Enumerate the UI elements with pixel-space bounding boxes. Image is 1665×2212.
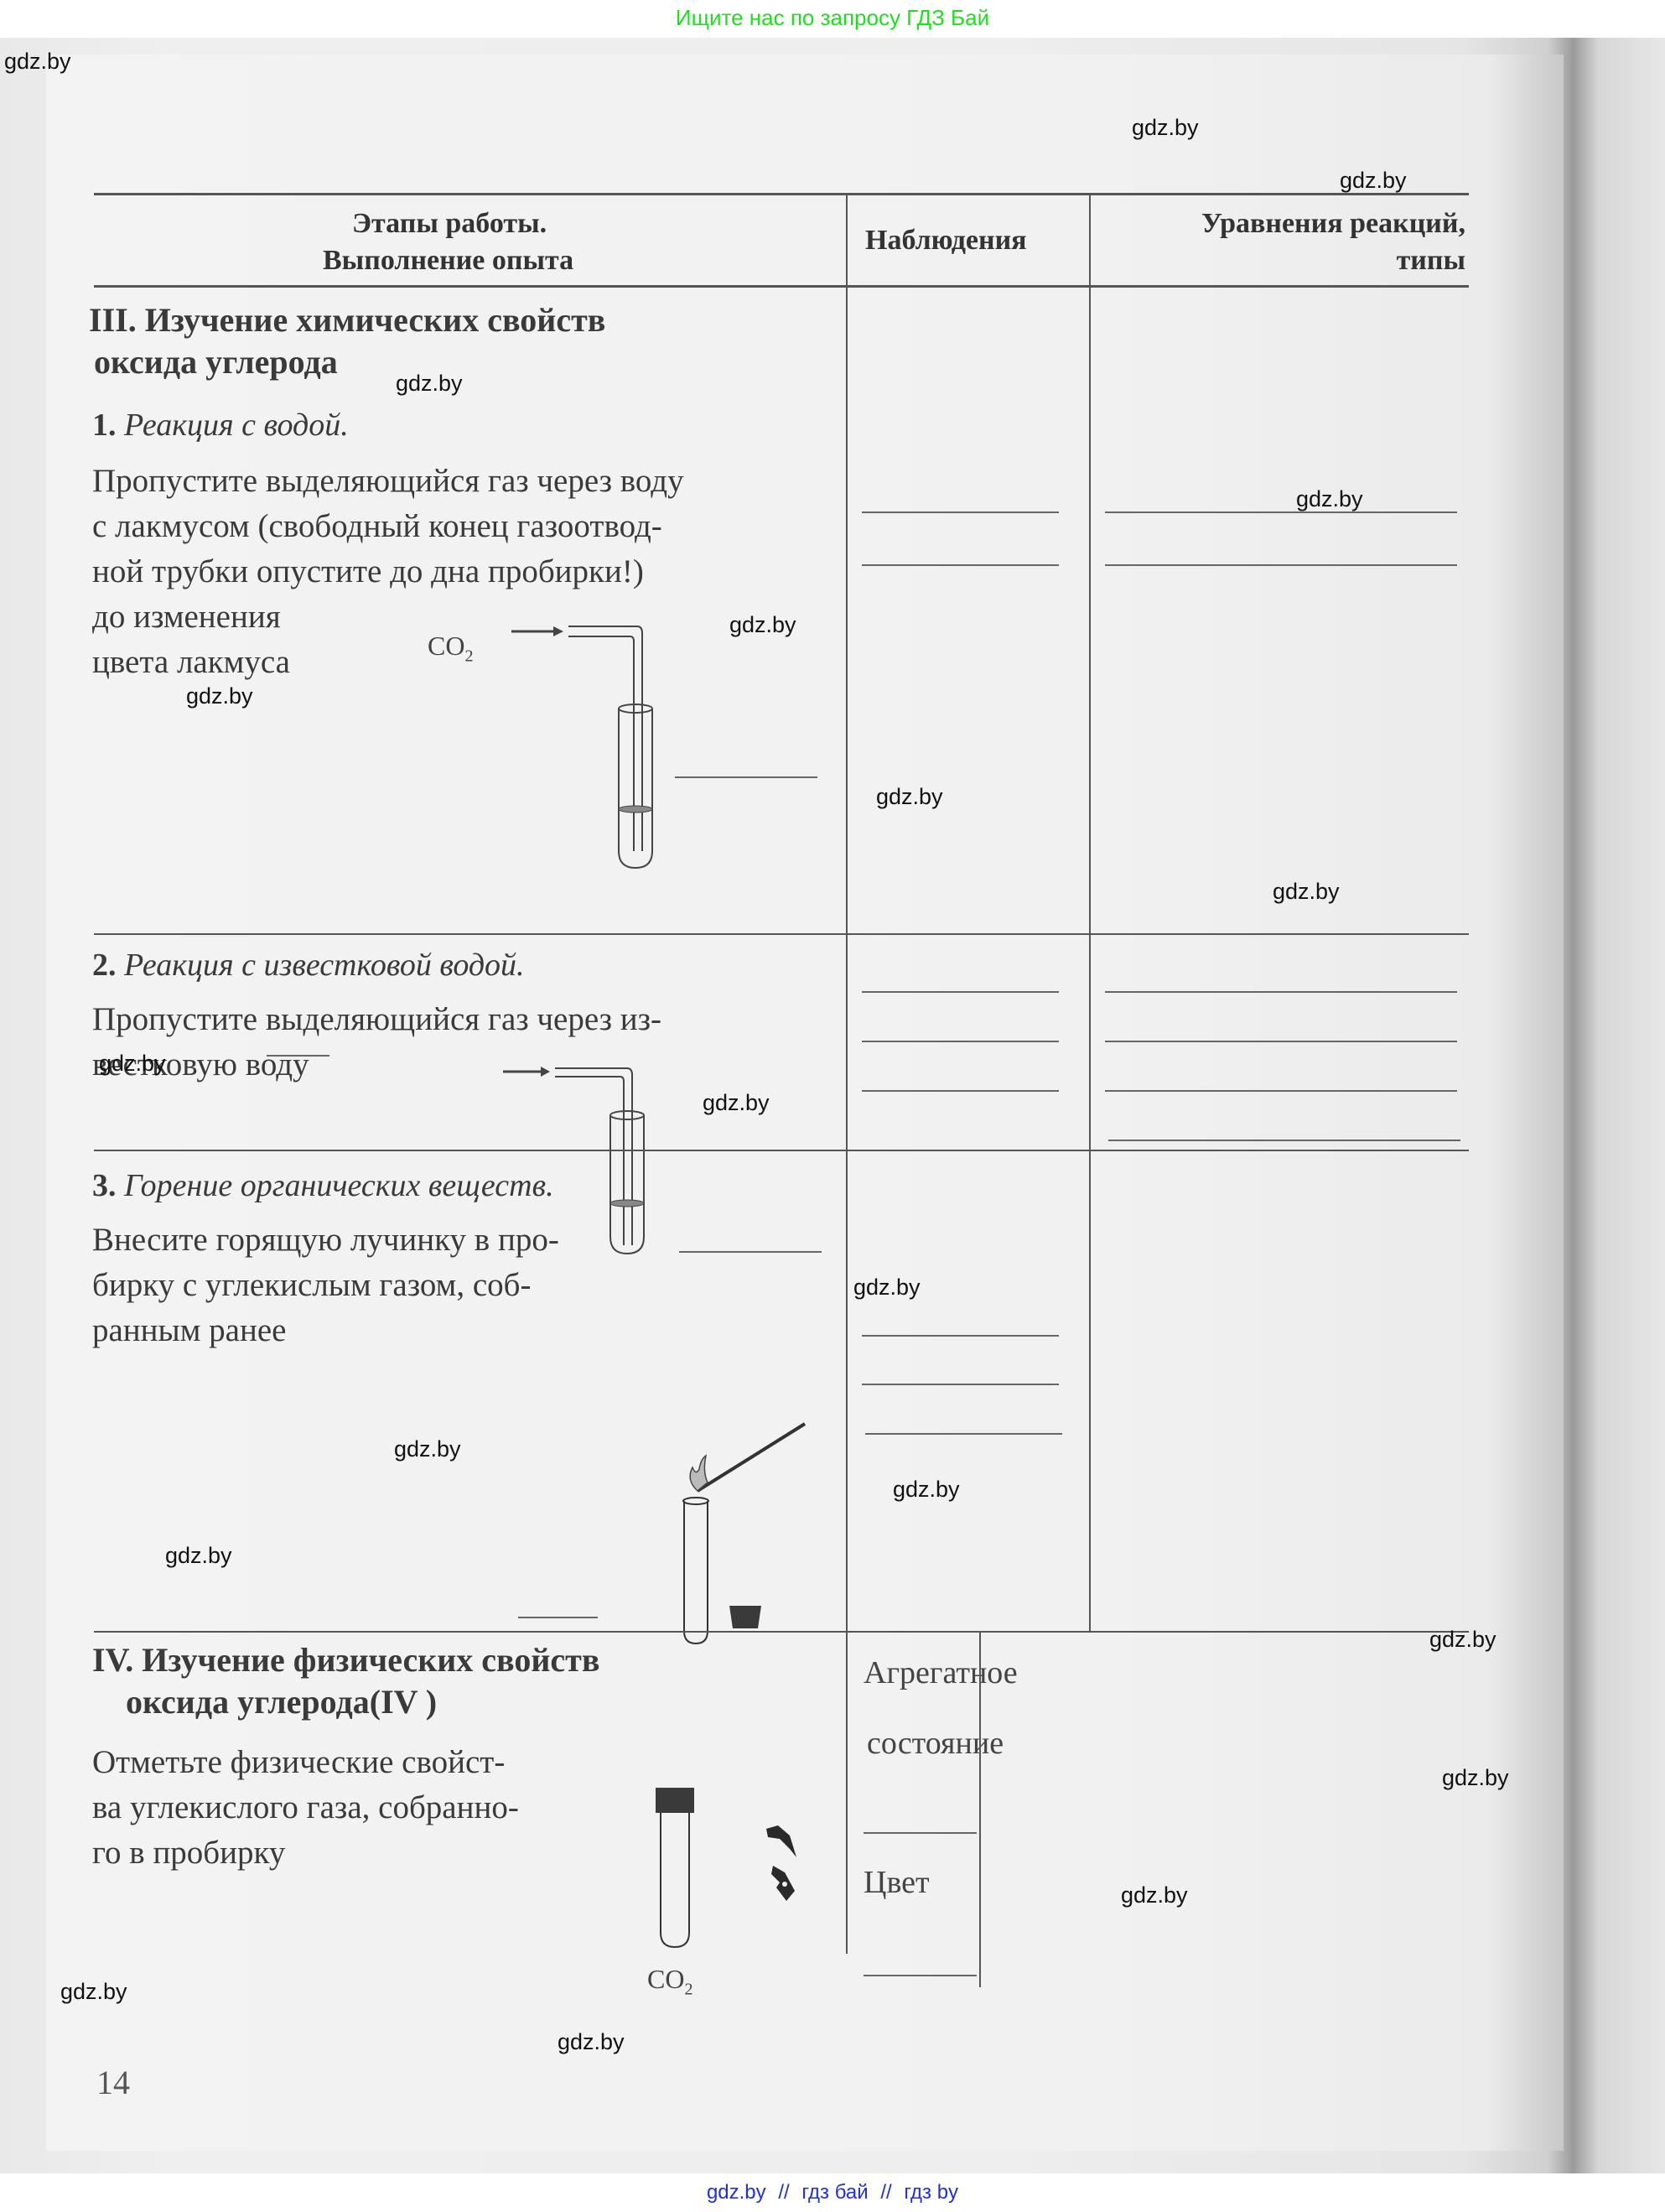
property-answer-line	[864, 1832, 977, 1834]
watermark: gdz.by	[853, 1275, 921, 1301]
item-2-title: 2. Реакция с известковой водой.	[92, 945, 525, 985]
table-top-rule	[94, 193, 1469, 195]
watermark: gdz.by	[1132, 115, 1199, 141]
watermark: gdz.by	[99, 1051, 166, 1077]
observation-line	[862, 511, 1059, 513]
scanned-page: Этапы работы. Выполнение опыта Наблюдени…	[0, 38, 1665, 2173]
answer-line	[518, 1617, 598, 1618]
watermark: gdz.by	[558, 2029, 625, 2055]
smell-waft-hand-icon	[765, 1824, 807, 1908]
observation-line	[865, 1433, 1062, 1435]
watermark: gdz.by	[729, 612, 796, 638]
observation-line	[862, 1041, 1059, 1042]
column-divider-1	[846, 193, 848, 1954]
test-tube-with-gas-tube-icon	[503, 608, 671, 876]
watermark: gdz.by	[703, 1090, 770, 1116]
watermark: gdz.by	[396, 371, 463, 397]
top-banner: Ищите нас по запросу ГДЗ Бай	[0, 0, 1665, 38]
stoppered-test-tube-icon	[654, 1786, 713, 1954]
section-3-title: III. Изучение химических свойств оксида …	[89, 299, 605, 383]
property-column-divider	[979, 1631, 981, 1987]
watermark: gdz.by	[186, 683, 253, 709]
equation-line	[1105, 511, 1457, 513]
property-aggregate-state: Агрегатное состояние	[864, 1638, 1018, 1778]
bottom-link-gdz-by-cyr[interactable]: гдз by	[904, 2181, 958, 2204]
watermark: gdz.by	[60, 1979, 127, 2005]
watermark: gdz.by	[1273, 879, 1340, 905]
item-1-title: 1. Реакция с водой.	[92, 405, 349, 445]
top-banner-link[interactable]: Ищите нас по запросу ГДЗ Бай	[676, 5, 989, 30]
observation-line	[862, 1384, 1059, 1385]
row-divider	[94, 933, 1469, 935]
header-stages: Этапы работы. Выполнение опыта	[335, 205, 573, 279]
watermark: gdz.by	[1429, 1627, 1496, 1653]
observation-line	[862, 1090, 1059, 1092]
watermark: gdz.by	[893, 1477, 960, 1503]
co2-label-1: CO2	[428, 625, 473, 677]
co2-label-2: CO2	[647, 1958, 692, 2010]
section-4-instructions: Отметьте физические свойст- ва углекисло…	[92, 1740, 519, 1876]
bottom-link-gdz-by[interactable]: gdz.by	[707, 2181, 766, 2204]
watermark: gdz.by	[1442, 1765, 1509, 1791]
answer-line	[675, 776, 817, 778]
equation-line	[1105, 564, 1457, 566]
watermark: gdz.by	[1340, 168, 1407, 194]
watermark: gdz.by	[876, 784, 943, 810]
row-divider	[94, 1150, 1469, 1151]
watermark: gdz.by	[394, 1436, 461, 1462]
equation-line	[1105, 991, 1457, 993]
equation-line	[1105, 1090, 1457, 1092]
answer-line	[267, 1055, 329, 1057]
watermark: gdz.by	[4, 49, 71, 75]
observation-line	[862, 1335, 1059, 1337]
equation-line	[1108, 1140, 1460, 1141]
column-divider-2	[1089, 193, 1091, 1631]
watermark: gdz.by	[165, 1543, 232, 1569]
table-header-bottom-rule	[94, 285, 1469, 288]
property-answer-line	[864, 1975, 977, 1976]
item-3-title: 3. Горение органических веществ.	[92, 1166, 554, 1206]
header-equations: Уравнения реакций, типы	[1155, 205, 1465, 279]
watermark: gdz.by	[1296, 486, 1363, 512]
property-color: Цвет	[864, 1862, 930, 1903]
row-divider	[94, 1631, 1469, 1633]
bottom-link-gdz-bai[interactable]: гдз бай	[801, 2181, 868, 2204]
observation-line	[862, 564, 1059, 566]
equation-line	[1105, 1041, 1457, 1042]
section-4-title: IV. Изучение физических свойств оксида у…	[92, 1639, 599, 1723]
item-3-instructions: Внесите горящую лучинку в про- бирку с у…	[92, 1218, 559, 1353]
answer-line	[679, 1251, 822, 1253]
bottom-banner: gdz.by // гдз бай // гдз by	[0, 2173, 1665, 2212]
header-observations: Наблюдения	[865, 222, 1027, 259]
observation-line	[862, 991, 1059, 993]
watermark: gdz.by	[1121, 1882, 1188, 1908]
burning-splinter-test-tube-icon	[671, 1434, 838, 1635]
page-number: 14	[96, 2063, 130, 2102]
